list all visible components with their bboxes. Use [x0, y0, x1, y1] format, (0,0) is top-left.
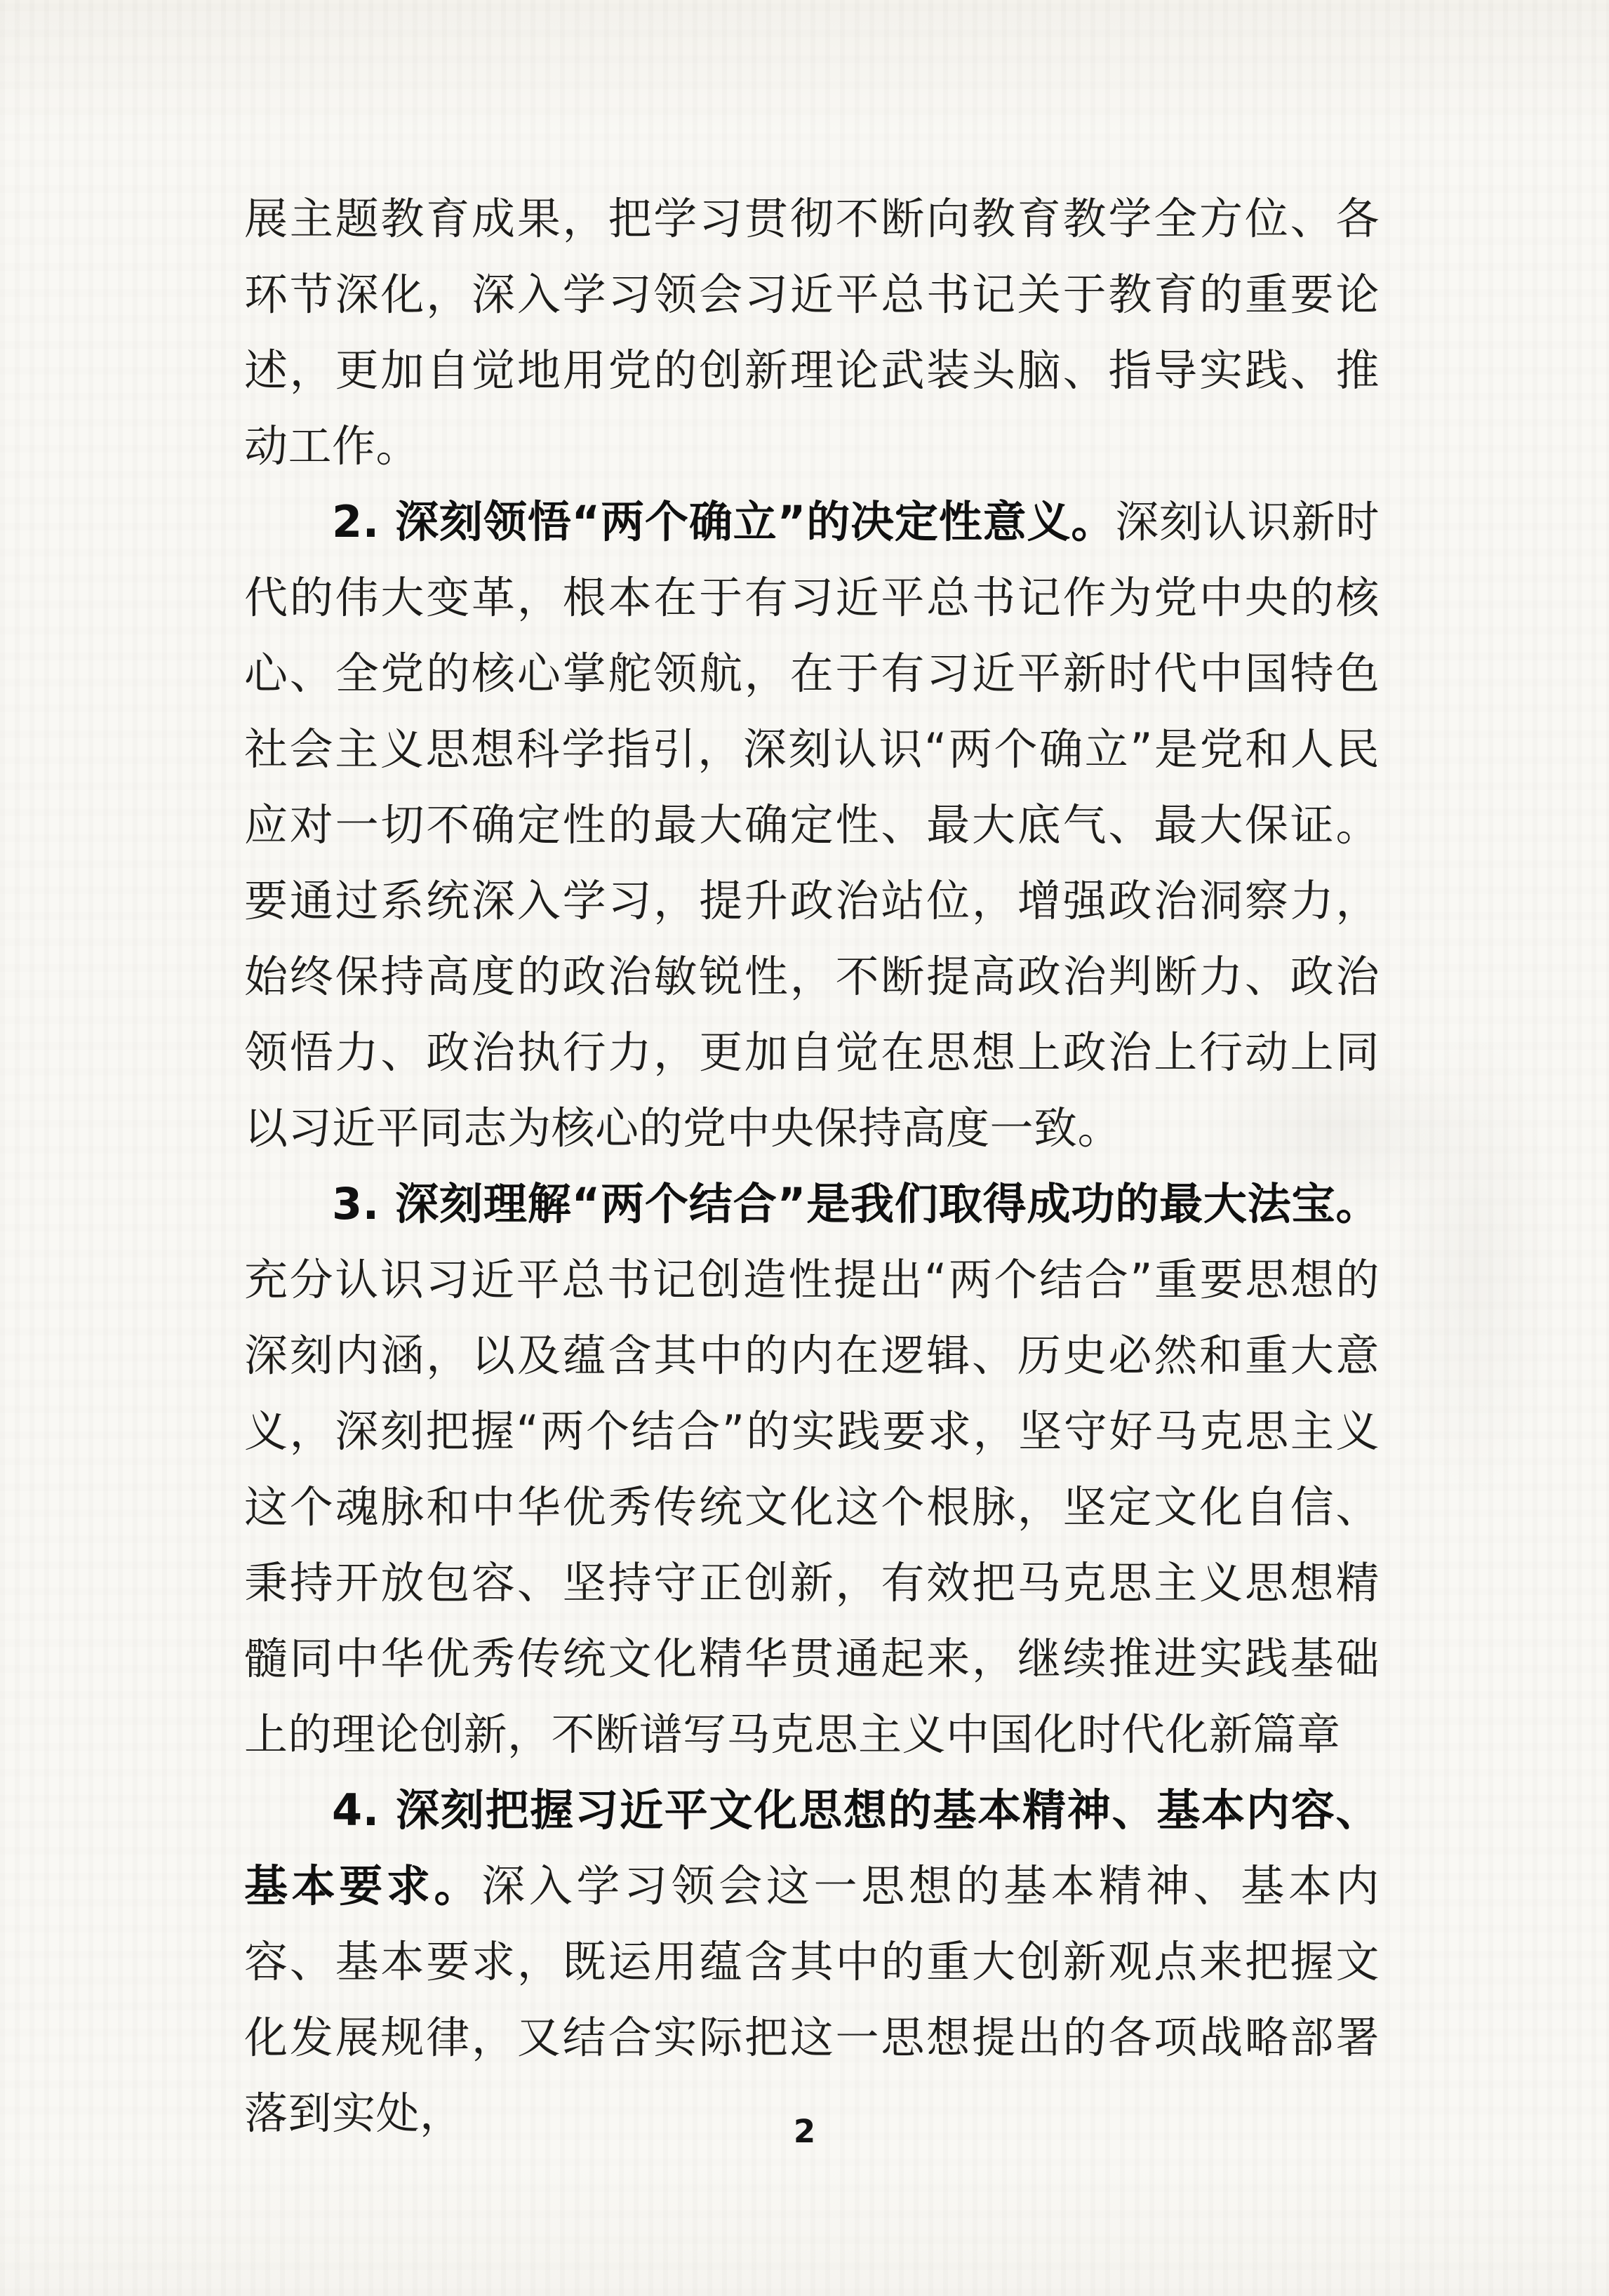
paragraph: 2. 深刻领悟“两个确立”的决定性意义。深刻认识新时代的伟大变革，根本在于有习近…	[244, 484, 1380, 1166]
paragraph-heading-run: 3. 深刻理解“两个结合”是我们取得成功的最大法宝。	[332, 1178, 1380, 1229]
document-body: 展主题教育成果，把学习贯彻不断向教育教学全方位、各环节深化，深入学习领会习近平总…	[244, 181, 1380, 2151]
paragraph-text-run: 深刻认识新时代的伟大变革，根本在于有习近平总书记作为党中央的核心、全党的核心掌舵…	[244, 496, 1380, 1154]
paragraph: 4. 深刻把握习近平文化思想的基本精神、基本内容、基本要求。深入学习领会这一思想…	[244, 1773, 1380, 2151]
scanned-document-page: { "page": { "number": "2" }, "document":…	[0, 0, 1609, 2296]
paragraph-heading-run: 2. 深刻领悟“两个确立”的决定性意义。	[332, 496, 1115, 547]
paragraph-text-run: 充分认识习近平总书记创造性提出“两个结合”重要思想的深刻内涵，以及蕴含其中的内在…	[244, 1254, 1380, 1760]
page-number: 2	[0, 2111, 1609, 2153]
paragraph: 展主题教育成果，把学习贯彻不断向教育教学全方位、各环节深化，深入学习领会习近平总…	[244, 181, 1380, 484]
scan-artifact	[1389, 1017, 1558, 1509]
paragraph: 3. 深刻理解“两个结合”是我们取得成功的最大法宝。充分认识习近平总书记创造性提…	[244, 1166, 1380, 1773]
paragraph-text-run: 展主题教育成果，把学习贯彻不断向教育教学全方位、各环节深化，深入学习领会习近平总…	[244, 193, 1380, 472]
